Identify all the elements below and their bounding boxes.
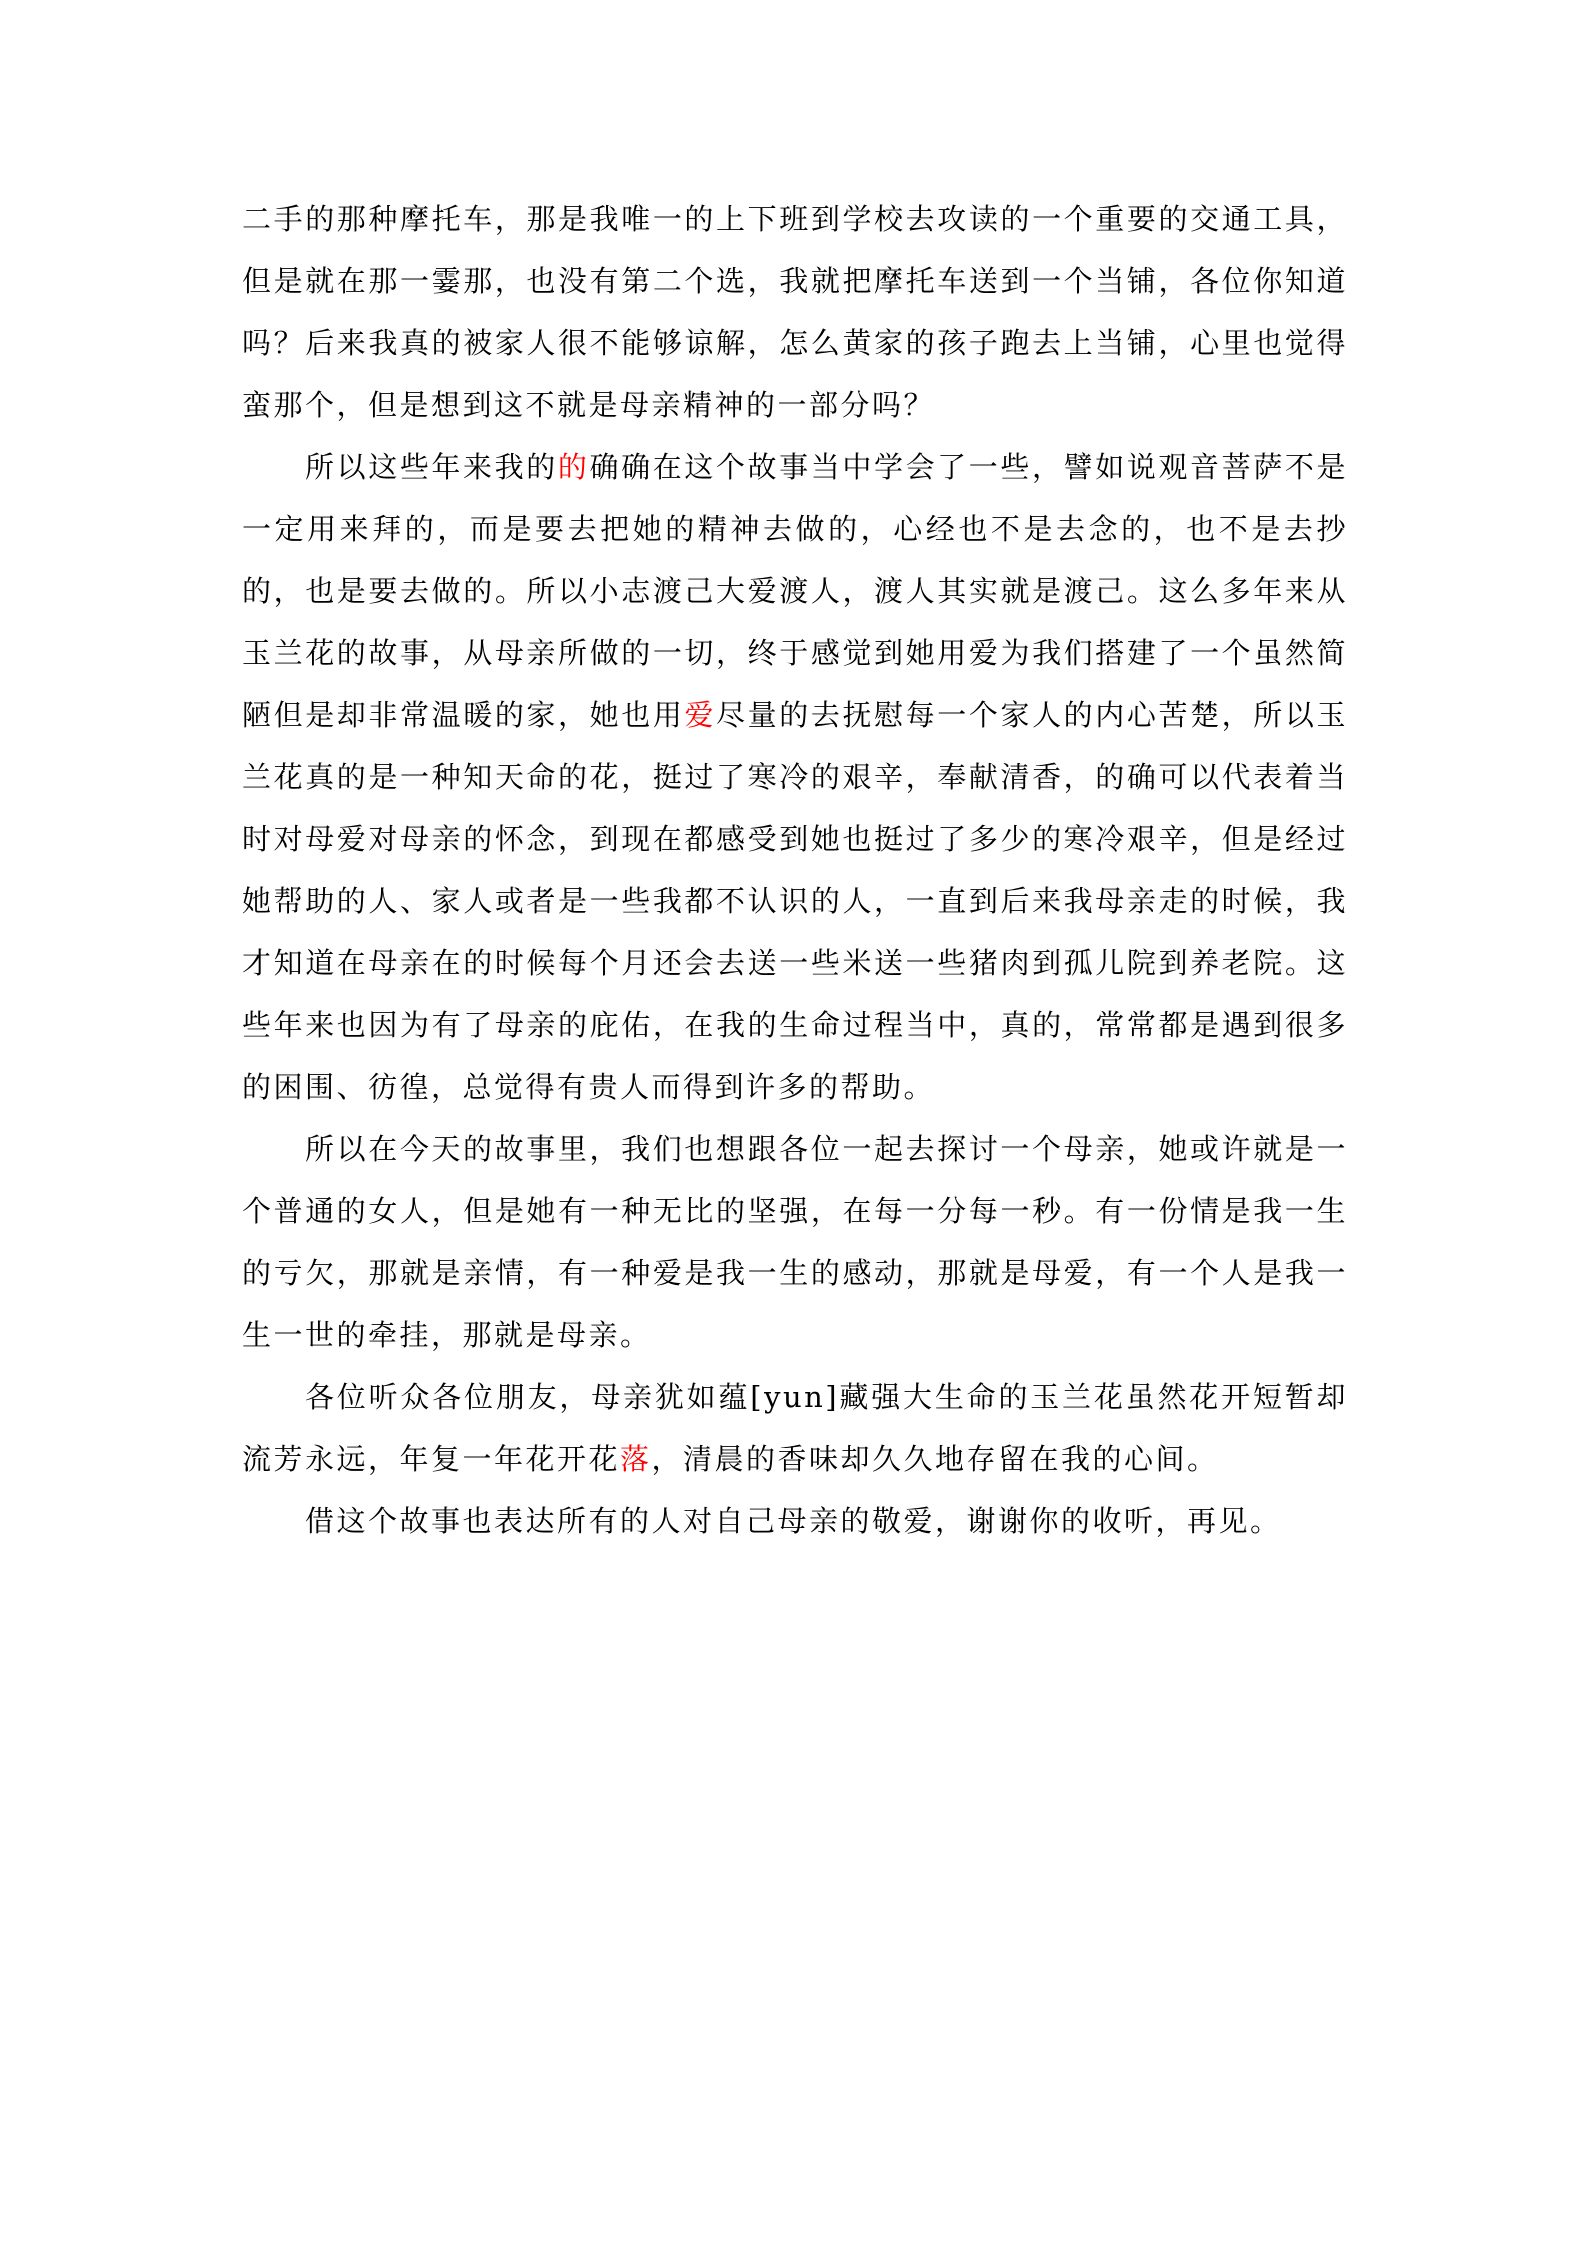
- text-segment: 借这个故事也表达所有的人对自己母亲的敬爱，谢谢你的收听，再见。: [305, 1504, 1282, 1538]
- text-segment: 所以在今天的故事里，我们也想跟各位一起去探讨一个母亲，她或许就是一个普通的女人，…: [242, 1132, 1348, 1352]
- highlighted-text-segment: 的: [558, 450, 590, 484]
- paragraph: 各位听众各位朋友，母亲犹如蕴[yun]藏强大生命的玉兰花虽然花开短暂却流芳永远，…: [242, 1366, 1348, 1490]
- document-page: 二手的那种摩托车，那是我唯一的上下班到学校去攻读的一个重要的交通工具，但是就在那…: [0, 0, 1587, 2245]
- text-segment: ，清晨的香味却久久地存留在我的心间。: [652, 1442, 1219, 1476]
- paragraph: 所以在今天的故事里，我们也想跟各位一起去探讨一个母亲，她或许就是一个普通的女人，…: [242, 1118, 1348, 1366]
- paragraph: 二手的那种摩托车，那是我唯一的上下班到学校去攻读的一个重要的交通工具，但是就在那…: [242, 188, 1348, 436]
- text-segment: 二手的那种摩托车，那是我唯一的上下班到学校去攻读的一个重要的交通工具，但是就在那…: [242, 202, 1348, 422]
- text-segment: 确确在这个故事当中学会了一些，譬如说观音菩萨不是一定用来拜的，而是要去把她的精神…: [242, 450, 1348, 732]
- paragraph: 所以这些年来我的的确确在这个故事当中学会了一些，譬如说观音菩萨不是一定用来拜的，…: [242, 436, 1348, 1118]
- document-body: 二手的那种摩托车，那是我唯一的上下班到学校去攻读的一个重要的交通工具，但是就在那…: [242, 188, 1348, 1552]
- text-segment: 所以这些年来我的: [305, 450, 558, 484]
- paragraph: 借这个故事也表达所有的人对自己母亲的敬爱，谢谢你的收听，再见。: [242, 1490, 1348, 1552]
- highlighted-text-segment: 落: [620, 1442, 652, 1476]
- highlighted-text-segment: 爱: [684, 698, 716, 732]
- text-segment: 尽量的去抚慰每一个家人的内心苦楚，所以玉兰花真的是一种知天命的花，挺过了寒冷的艰…: [242, 698, 1348, 1104]
